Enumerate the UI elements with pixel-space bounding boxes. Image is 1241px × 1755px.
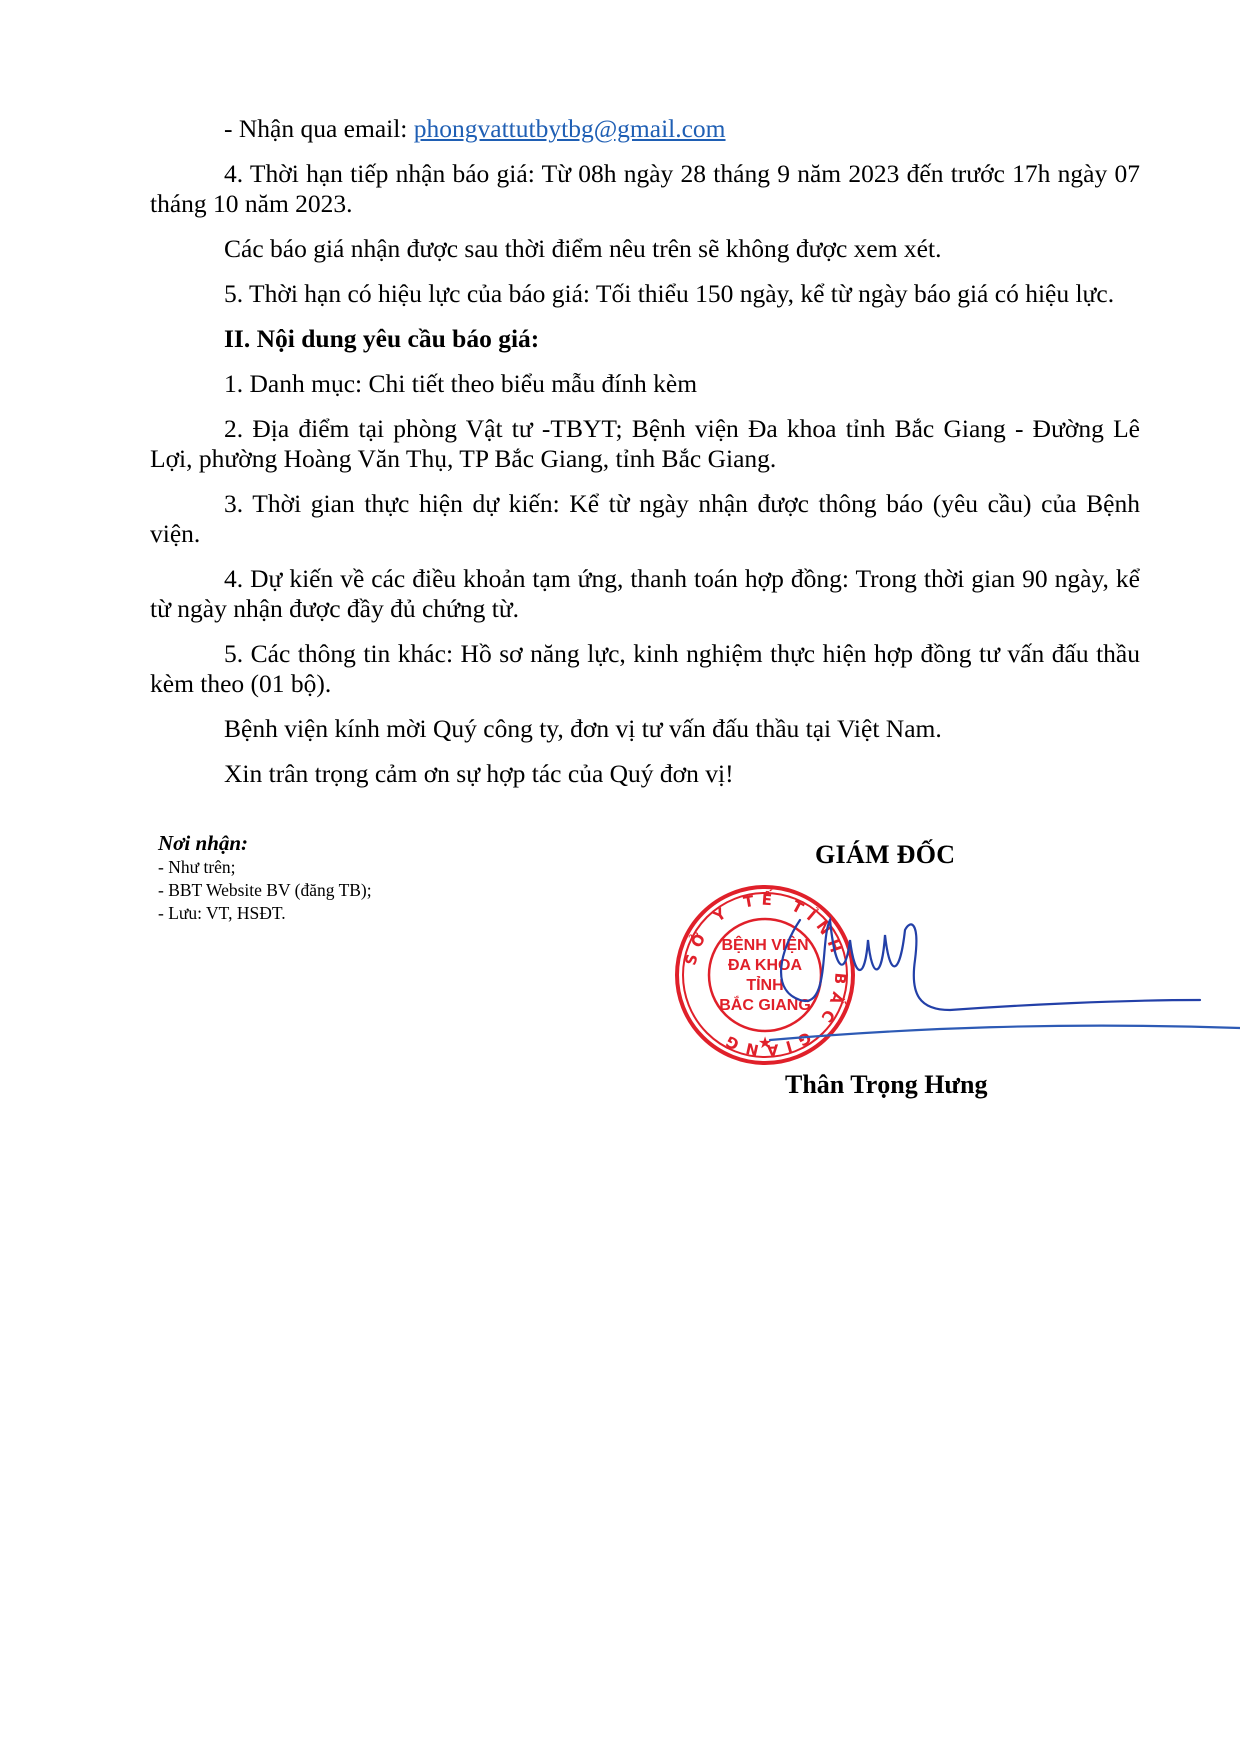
paragraph-validity: 5. Thời hạn có hiệu lực của báo giá: Tối… (150, 279, 1140, 309)
paragraph-thanks: Xin trân trọng cảm ơn sự hợp tác của Quý… (150, 759, 1140, 789)
paragraph-invitation: Bệnh viện kính mời Quý công ty, đơn vị t… (150, 714, 1140, 744)
email-link[interactable]: phongvattutbytbg@gmail.com (414, 114, 726, 143)
paragraph-location: 2. Địa điểm tại phòng Vật tư -TBYT; Bệnh… (150, 414, 1140, 474)
email-paragraph: - Nhận qua email: phongvattutbytbg@gmail… (150, 114, 1140, 144)
paragraph-timeline: 3. Thời gian thực hiện dự kiến: Kể từ ng… (150, 489, 1140, 549)
paragraph-payment: 4. Dự kiến về các điều khoản tạm ứng, th… (150, 564, 1140, 624)
paragraph-other-info: 5. Các thông tin khác: Hồ sơ năng lực, k… (150, 639, 1140, 699)
section-heading: II. Nội dung yêu cầu báo giá: (150, 324, 1140, 354)
handwritten-signature (760, 900, 1240, 1050)
recipients-title: Nơi nhận: (158, 830, 372, 856)
recipient-item: - BBT Website BV (đăng TB); (158, 879, 372, 902)
recipient-item: - Lưu: VT, HSĐT. (158, 902, 372, 925)
document-body: - Nhận qua email: phongvattutbytbg@gmail… (150, 114, 1140, 804)
paragraph-quote-deadline: 4. Thời hạn tiếp nhận báo giá: Từ 08h ng… (150, 159, 1140, 219)
recipient-item: - Như trên; (158, 856, 372, 879)
paragraph-late-quotes: Các báo giá nhận được sau thời điểm nêu … (150, 234, 1140, 264)
signer-title: GIÁM ĐỐC (815, 840, 955, 870)
email-label: - Nhận qua email: (224, 114, 414, 143)
signer-name: Thân Trọng Hưng (785, 1070, 988, 1100)
signature-block: GIÁM ĐỐC SỞ Y TẾ TỈNH BẮC GIANG BỆNH VIỆ… (670, 840, 1230, 1120)
paragraph-catalog: 1. Danh mục: Chi tiết theo biểu mẫu đính… (150, 369, 1140, 399)
document-page: - Nhận qua email: phongvattutbytbg@gmail… (0, 0, 1241, 1755)
recipients-block: Nơi nhận: - Như trên; - BBT Website BV (… (158, 830, 372, 925)
